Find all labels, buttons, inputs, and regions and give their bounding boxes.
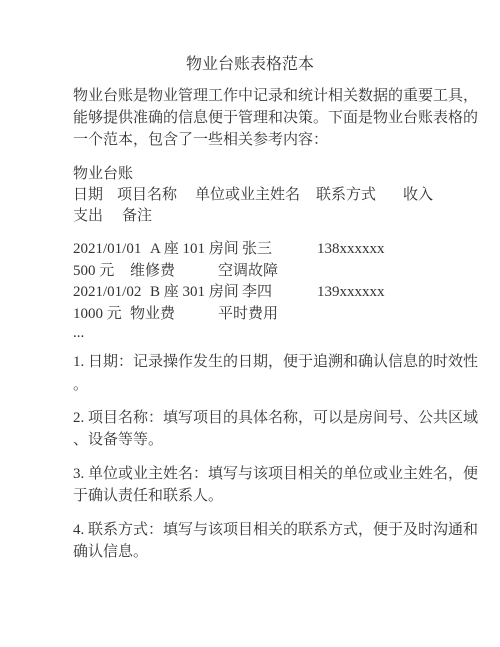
note-1-line-2: 。 xyxy=(73,374,88,396)
note-4-line-1: 4. 联系方式：填写与该项目相关的联系方式，便于及时沟通和 xyxy=(73,519,478,541)
ledger-entry-2-line-2: 1000 元 物业费 平时费用 xyxy=(73,303,473,325)
entry-amount: 500 元 xyxy=(73,260,114,282)
entry-date: 2021/01/01 xyxy=(73,238,141,260)
entry-category: 物业费 xyxy=(130,303,175,325)
header-cell-date: 日期 xyxy=(73,184,103,206)
entry-date: 2021/01/02 xyxy=(73,281,141,303)
header-cell-remark: 备注 xyxy=(122,205,152,227)
ledger-more-indicator: ... xyxy=(73,322,84,344)
document-title: 物业台账表格范本 xyxy=(0,54,500,76)
header-cell-owner: 单位或业主姓名 xyxy=(195,184,300,206)
entry-owner: 李四 xyxy=(242,281,272,303)
note-1-line-1: 1. 日期：记录操作发生的日期，便于追溯和确认信息的时效性 xyxy=(73,351,478,373)
entry-project: B 座 301 房间 xyxy=(150,281,239,303)
ledger-entry-1-line-2: 500 元 维修费 空调故障 xyxy=(73,260,473,282)
entry-contact: 138xxxxxx xyxy=(317,238,385,260)
header-cell-expense: 支出 xyxy=(73,205,103,227)
ledger-entry-2-line-1: 2021/01/02 B 座 301 房间 李四 139xxxxxx xyxy=(73,281,473,303)
note-2-line-1: 2. 项目名称：填写项目的具体名称，可以是房间号、公共区域 xyxy=(73,407,478,429)
note-4-line-2: 确认信息。 xyxy=(73,541,148,563)
ledger-entry-1-line-1: 2021/01/01 A 座 101 房间 张三 138xxxxxx xyxy=(73,238,473,260)
header-cell-contact: 联系方式 xyxy=(316,184,376,206)
ledger-header-row-2: 支出 备注 xyxy=(73,205,473,227)
entry-remark: 平时费用 xyxy=(218,303,278,325)
entry-project: A 座 101 房间 xyxy=(150,238,239,260)
ledger-caption: 物业台账 xyxy=(73,163,133,185)
entry-remark: 空调故障 xyxy=(218,260,278,282)
entry-contact: 139xxxxxx xyxy=(317,281,385,303)
header-cell-project: 项目名称 xyxy=(117,184,177,206)
note-3-line-1: 3. 单位或业主姓名：填写与该项目相关的单位或业主姓名，便 xyxy=(73,463,478,485)
entry-category: 维修费 xyxy=(130,260,175,282)
intro-line-1: 物业台账是物业管理工作中记录和统计相关数据的重要工具， xyxy=(73,85,478,107)
intro-line-3: 一个范本，包含了一些相关参考内容： xyxy=(73,129,328,151)
document-page: 物业台账表格范本 物业台账是物业管理工作中记录和统计相关数据的重要工具， 能够提… xyxy=(0,0,500,647)
note-2-line-2: 、设备等等。 xyxy=(73,429,163,451)
header-cell-income: 收入 xyxy=(403,184,433,206)
intro-line-2: 能够提供准确的信息便于管理和决策。下面是物业台账表格的 xyxy=(73,107,478,129)
entry-owner: 张三 xyxy=(242,238,272,260)
ledger-header-row-1: 日期 项目名称 单位或业主姓名 联系方式 收入 xyxy=(73,184,473,206)
note-3-line-2: 于确认责任和联系人。 xyxy=(73,485,223,507)
